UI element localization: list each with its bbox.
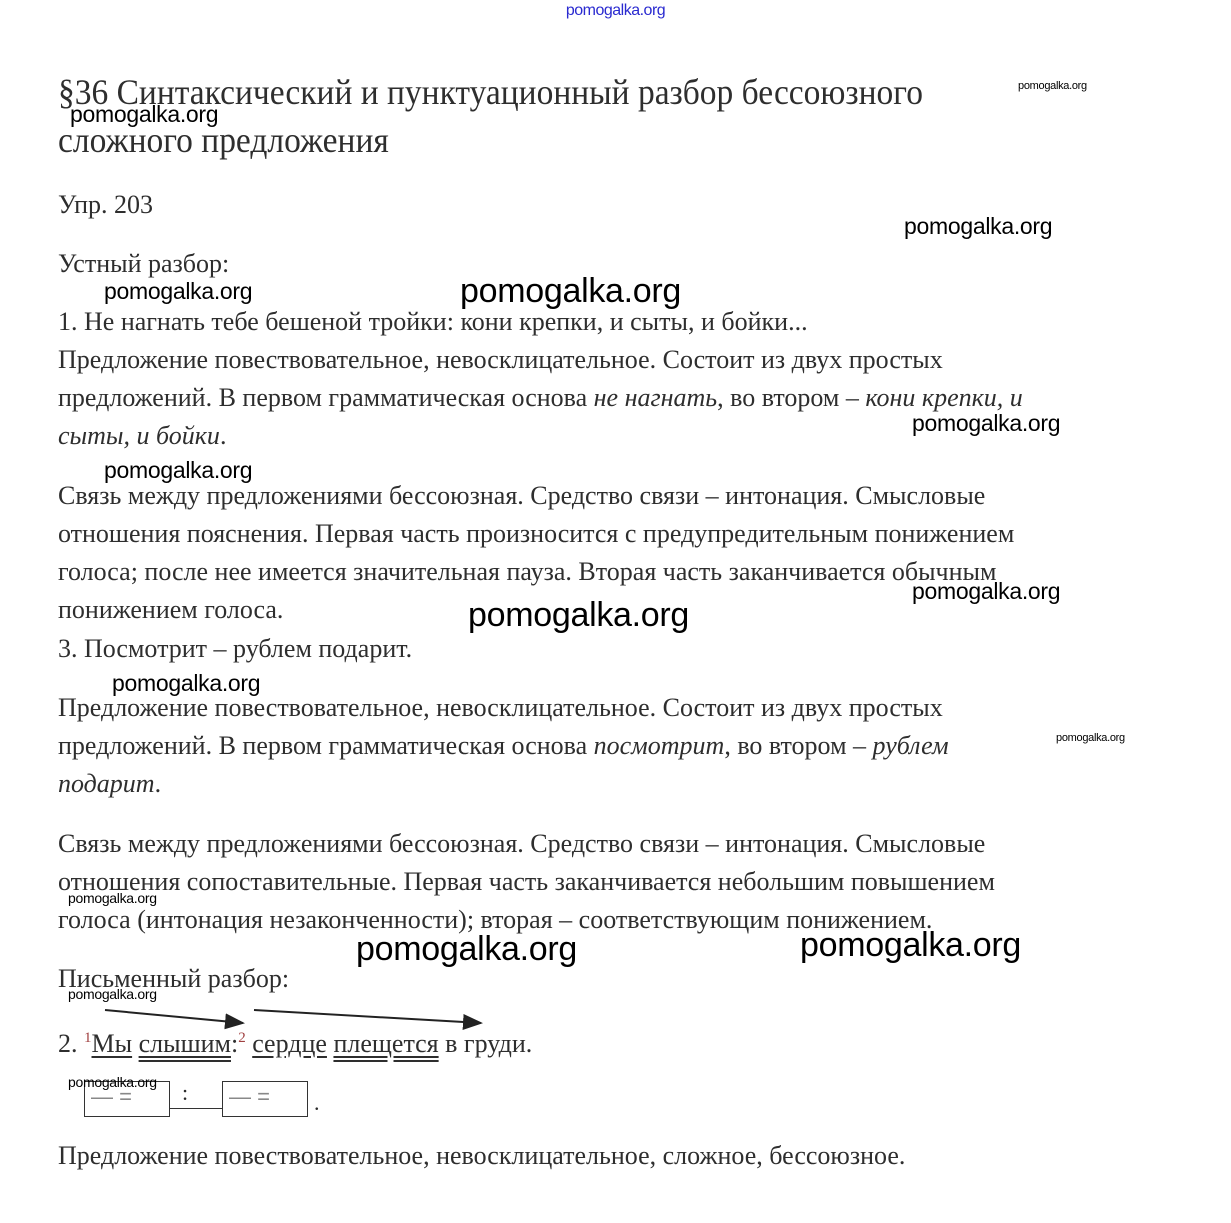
- part-number: 1: [84, 1030, 92, 1046]
- scheme-colon: :: [182, 1080, 188, 1106]
- scheme-part-2: — =: [222, 1081, 308, 1117]
- predicate: плещется: [333, 1029, 438, 1058]
- watermark: pomogalka.org: [68, 1074, 157, 1090]
- subject: сердце: [252, 1029, 327, 1058]
- written-sentence: 2. 1Мы слышим:2 сердце плещется в груди.: [58, 1019, 532, 1063]
- part-number: 2: [238, 1030, 246, 1046]
- subject: Мы: [92, 1029, 133, 1058]
- conclusion: Предложение повествовательное, невосклиц…: [58, 1137, 905, 1175]
- predicate: слышим: [139, 1029, 231, 1058]
- scheme-end: .: [314, 1090, 320, 1116]
- scheme-connector: [170, 1108, 222, 1109]
